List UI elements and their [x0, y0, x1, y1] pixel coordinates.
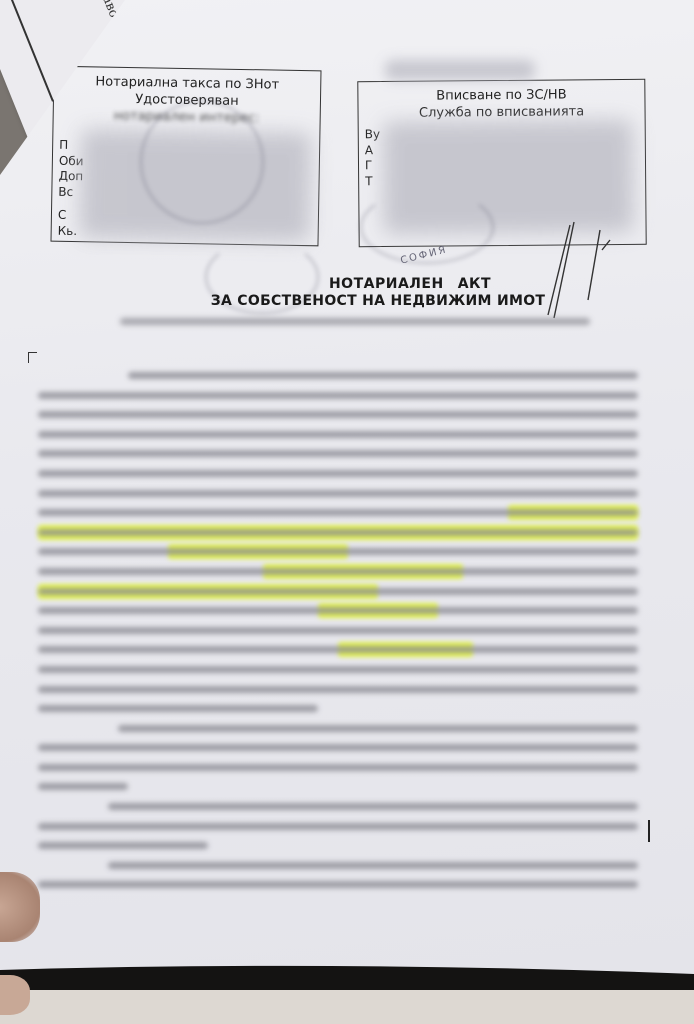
blurred-text-line — [38, 366, 638, 386]
margin-corner-mark — [28, 352, 37, 363]
blurred-text-line — [38, 758, 638, 778]
blurred-text-line — [38, 523, 638, 543]
blurred-text-line — [38, 817, 638, 837]
blurred-text-line — [38, 601, 638, 621]
blurred-text-line — [38, 405, 638, 425]
blurred-text-line — [38, 875, 638, 895]
blurred-text-line — [38, 836, 638, 856]
blurred-text-line — [38, 719, 638, 739]
act-number-line — [120, 318, 590, 328]
title-word-act: АКТ — [458, 276, 491, 293]
blurred-text-line — [38, 542, 638, 562]
blurred-text-line — [38, 562, 638, 582]
document-title: НОТАРИАЛЕНАКТ ЗА СОБСТВЕНОСТ НА НЕДВИЖИМ… — [208, 276, 548, 310]
document-title-line1: НОТАРИАЛЕНАКТ — [208, 276, 548, 293]
table-surface — [0, 990, 694, 1024]
registration-title: Вписване по ЗС/НВ Служба по вписванията — [358, 86, 644, 122]
blurred-text-line — [38, 444, 638, 464]
blurred-text-line — [38, 484, 638, 504]
field-label: Ву — [365, 126, 380, 142]
finger — [0, 872, 40, 942]
registration-field-labels: Ву А Г Т — [365, 126, 381, 188]
blurred-text-line — [38, 425, 638, 445]
blurred-text-line — [38, 464, 638, 484]
blurred-text-line — [38, 582, 638, 602]
finger-lower — [0, 975, 30, 1015]
blurred-text-line — [38, 777, 638, 797]
blurred-body-text — [38, 366, 638, 895]
margin-end-mark — [648, 820, 650, 842]
blurred-text-line — [38, 640, 638, 660]
title-word-notarial: НОТАРИАЛЕН — [329, 276, 444, 293]
document-body — [28, 352, 650, 842]
blurred-text-line — [38, 621, 638, 641]
field-label: Г — [365, 157, 380, 173]
blurred-text-line — [38, 797, 638, 817]
document-title-line2: ЗА СОБСТВЕНОСТ НА НЕДВИЖИМ ИМОТ — [208, 293, 548, 310]
blurred-text-line — [38, 503, 638, 523]
blurred-text-line — [38, 680, 638, 700]
field-label: Т — [365, 173, 380, 189]
field-label: А — [365, 142, 380, 158]
blurred-text-line — [38, 660, 638, 680]
blurred-text-line — [38, 856, 638, 876]
notarial-act-page: Нотариална такса по ЗНот Удостоверяван н… — [0, 0, 694, 1000]
notary-stamp — [140, 100, 264, 224]
blurred-text-line — [38, 738, 638, 758]
blurred-text-line — [38, 699, 638, 719]
blurred-text-line — [38, 386, 638, 406]
redacted-handwritten-number — [385, 60, 535, 80]
